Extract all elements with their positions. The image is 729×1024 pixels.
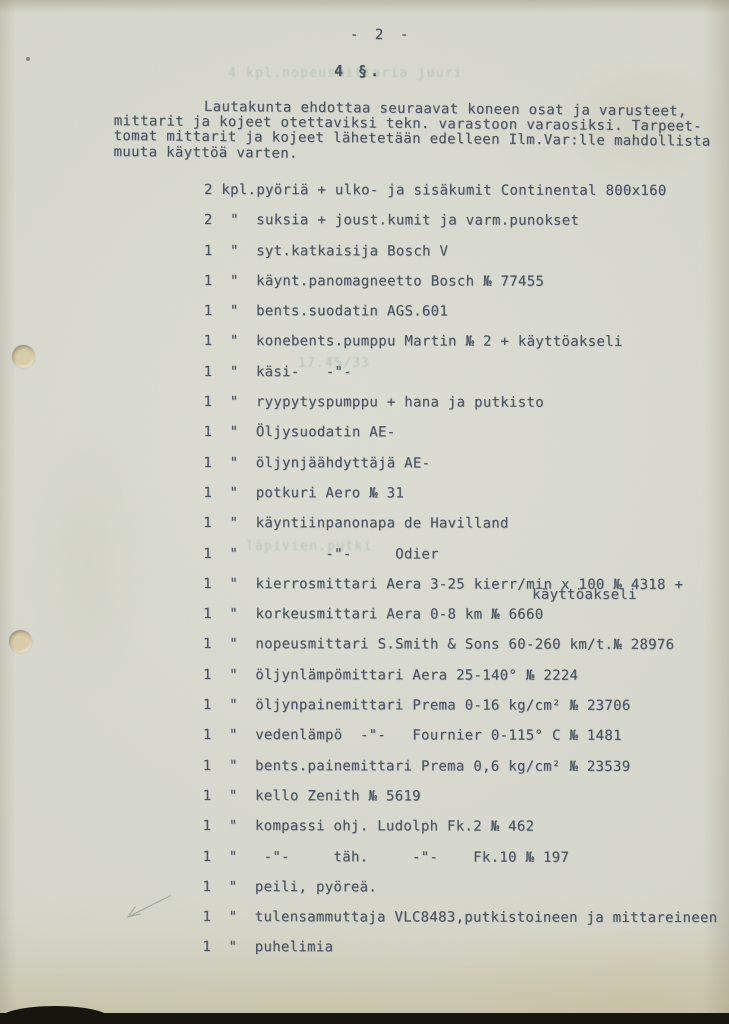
page-number: - 2 - [350, 27, 412, 43]
list-row: 1 " kello Zenith № 5619 [203, 781, 718, 812]
list-row: 1 " -"- täh. -"- Fk.10 № 197 [203, 842, 718, 873]
list-row: 1 " konebents.pumppu Martin № 2 + käyttö… [204, 326, 719, 357]
paper-speck [26, 57, 30, 61]
section-heading: 4 §. [334, 62, 382, 80]
list-row: 1 " käynt.panomagneetto Bosch № 77455 [204, 266, 719, 297]
list-row: 1 " tulensammuttaja VLC8483,putkistoinee… [202, 902, 717, 933]
list-row: 1 " kompassi ohj. Ludolph Fk.2 № 462 [203, 811, 718, 842]
list-row: 1 " käyntiinpanonapa de Havilland [203, 508, 718, 539]
list-row: 2 kpl.pyöriä + ulko- ja sisäkumit Contin… [204, 175, 719, 206]
pencil-arrow-icon [108, 888, 178, 928]
list-row: 2 " suksia + joust.kumit ja varm.punokse… [204, 205, 719, 236]
list-row: 1 " -"- Odier [203, 539, 718, 570]
list-row: 1 " bents.painemittari Prema 0,6 kg/cm² … [203, 751, 718, 782]
list-row: 1 " nopeusmittari S.Smith & Sons 60-260 … [203, 629, 718, 660]
punch-hole [9, 630, 32, 653]
scanned-document-page: 4 kpl.nopeusmittaria juuri 17.45/33 läpi… [0, 0, 729, 1024]
list-row-continuation: käyttöakseli [532, 587, 637, 603]
list-row: 1 " öljynlämpömittari Aera 25-140° № 222… [203, 660, 718, 691]
intro-paragraph: Lautakunta ehdottaa seuraavat koneen osa… [113, 99, 711, 166]
list-row: 1 " öljynjäähdyttäjä AE- [203, 448, 718, 479]
list-row: 1 " korkeusmittari Aera 0-8 km № 6660 [203, 599, 718, 630]
scan-bottom-shadow [0, 1013, 729, 1024]
list-row: 1 " öljynpainemittari Prema 0-16 kg/cm² … [203, 690, 718, 721]
punch-hole [12, 345, 35, 368]
list-row: 1 " syt.katkaisija Bosch V [204, 236, 719, 267]
list-row: 1 " kierrosmittari Aera 3-25 kierr/min x… [203, 569, 718, 600]
list-row: 1 " ryypytyspumppu + hana ja putkisto [203, 387, 718, 418]
parts-list: 2 kpl.pyöriä + ulko- ja sisäkumit Contin… [202, 175, 719, 964]
list-row: 1 " vedenlämpö -"- Fournier 0-115° C № 1… [203, 720, 718, 751]
list-row: 1 " käsi- -"- [204, 357, 719, 388]
list-row: 1 " bents.suodatin AGS.601 [204, 296, 719, 327]
list-row: 1 " potkuri Aero № 31 [203, 478, 718, 509]
list-row: 1 " puhelimia [202, 932, 717, 963]
paper-stain [25, 420, 155, 700]
list-row: 1 " Öljysuodatin AE- [203, 417, 718, 448]
list-row: 1 " peili, pyöreä. [202, 872, 717, 903]
